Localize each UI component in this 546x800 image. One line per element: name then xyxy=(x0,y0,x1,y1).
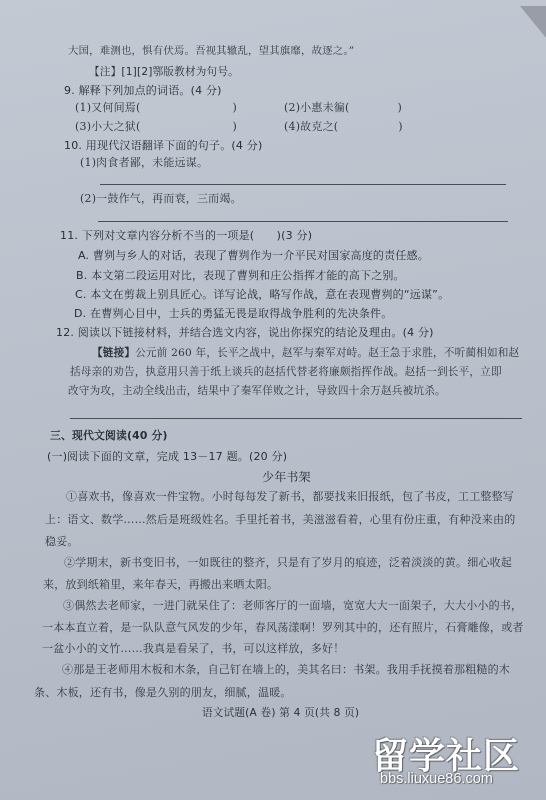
q12-link-line-1: 【链接】公元前 260 年，长平之战中，赵军与秦军对峙。赵王急于求胜，不听蔺相如… xyxy=(92,346,519,360)
section3-subheading: (一)阅读下面的文章，完成 13－17 题。(20 分) xyxy=(47,450,287,464)
q11-prompt: 11. 下列对文章内容分析不当的一项是( )(3 分) xyxy=(60,229,312,243)
q9-item-2-label: (2)小惠未徧( xyxy=(284,101,349,114)
page-footer: 语文试题(A 卷) 第 4 页(共 8 页) xyxy=(202,706,359,720)
q12-link-text-1: 公元前 260 年，长平之战中，赵军与秦军对峙。赵王急于求胜，不听蔺相如和赵 xyxy=(135,347,519,359)
exam-page: 大国，难测也，惧有伏焉。吾视其辙乱，望其旗靡，故逐之。” 【注】[1][2]鄂版… xyxy=(0,0,546,800)
passage-note: 【注】[1][2]鄂版教材为句号。 xyxy=(89,65,239,79)
q9-item-4-close: ) xyxy=(398,120,403,133)
q9-prompt: 9. 解释下列加点的词语。(4 分) xyxy=(64,84,222,98)
article-title: 少年书架 xyxy=(262,470,311,484)
article-para-2-line-2: 来，放到纸箱里，来年春天，再搬出来晒太阳。 xyxy=(43,578,278,592)
q11-option-b: B. 本文第二段运用对比，表现了曹刿和庄公指挥才能的高下之别。 xyxy=(76,269,405,283)
watermark-url: bbs.liuxue86.com xyxy=(380,771,493,787)
q9-item-4: (4)故克之() xyxy=(284,120,403,134)
article-para-3-line-1: ③偶然去老师家，一进门就呆住了：老师客厅的一面墙，宽宽大大一面架子，大大小小的书… xyxy=(63,599,522,613)
section3-heading: 三、现代文阅读(40 分) xyxy=(50,429,168,443)
article-para-1-line-1: ①喜欢书，像喜欢一件宝物。小时每每发了新书，都要找来旧报纸，包了书皮，工工整整写 xyxy=(66,490,514,504)
q9-item-3: (3)小大之狱() xyxy=(75,120,237,134)
q12-link-line-3: 改守为攻，主动全线出击，结果中了秦军佯败之计，导致四十余万赵兵被坑杀。 xyxy=(68,384,446,398)
article-para-3-line-2: 一本本直立着，是一队队意气风发的少年，春风荡漾啊！罗列其中的，还有照片，石膏雕像… xyxy=(42,621,524,635)
q11-option-c: C. 本文在剪裁上别具匠心。详写论战，略写作战，意在表现曹刿的“远谋”。 xyxy=(75,288,449,302)
article-para-4-line-1: ④那是王老师用木板和木条，自己钉在墙上的，美其名曰：书架。我用手抚摸着那粗糙的木 xyxy=(62,663,510,677)
q9-item-2-close: ) xyxy=(397,101,402,114)
article-para-1-line-3: 稳妥。 xyxy=(45,535,79,549)
q12-prompt: 12. 阅读以下链接材料，并结合选文内容，说出你探究的结论及理由。(4 分) xyxy=(56,326,434,340)
q10-answer-line-1[interactable] xyxy=(100,184,506,185)
q10-answer-line-2[interactable] xyxy=(98,221,508,222)
q9-item-4-label: (4)故克之( xyxy=(284,120,338,133)
q11-option-a: A. 曹刿与乡人的对话，表现了曹刿作为一介平民对国家高度的责任感。 xyxy=(78,249,429,263)
q9-item-3-label: (3)小大之狱( xyxy=(75,120,140,133)
article-para-1-line-2: 上：语文、数学……然后是班级姓名。手里托着书，美滋滋看着，心里有份庄重，有种没来… xyxy=(45,513,515,527)
article-para-4-line-2: 条、木板，还有书，像是久别的朋友，细腻，温暖。 xyxy=(34,686,292,700)
article-para-2-line-1: ②学期末，新书变旧书，一如既往的整齐，只是有了岁月的痕迹，泛着淡淡的黄。细心收起 xyxy=(64,556,512,570)
site-watermark: 留学社区 bbs.liuxue86.com xyxy=(372,728,532,792)
q12-link-label: 【链接】 xyxy=(92,347,135,359)
q9-item-1-close: ) xyxy=(232,101,237,114)
article-para-3-line-3: 一盆小小的文竹……我真是看呆了，书，可以这样放，多好！ xyxy=(42,642,344,656)
q9-item-2: (2)小惠未徧() xyxy=(284,101,402,115)
q10-item-2: (2)一鼓作气，再而衰，三而竭。 xyxy=(80,192,242,206)
q10-prompt: 10. 用现代汉语翻译下面的句子。(4 分) xyxy=(64,139,262,153)
q11-option-d: D. 在曹刿心目中，士兵的勇猛无畏是取得战争胜利的先决条件。 xyxy=(74,307,392,321)
q12-answer-line[interactable] xyxy=(70,418,522,419)
q9-item-3-close: ) xyxy=(232,120,237,133)
q12-link-line-2: 括母亲的劝告，执意用只善于纸上谈兵的赵括代替老将廉颇指挥作战。赵括一到长平，立即 xyxy=(70,365,502,379)
page-corner-fold xyxy=(520,6,546,38)
q9-item-1: (1)又何间焉() xyxy=(75,101,237,115)
passage-last-line: 大国，难测也，惧有伏焉。吾视其辙乱，望其旗靡，故逐之。” xyxy=(68,44,354,58)
q9-item-1-label: (1)又何间焉( xyxy=(75,101,140,114)
q10-item-1: (1)肉食者鄙，未能远谋。 xyxy=(80,156,208,170)
